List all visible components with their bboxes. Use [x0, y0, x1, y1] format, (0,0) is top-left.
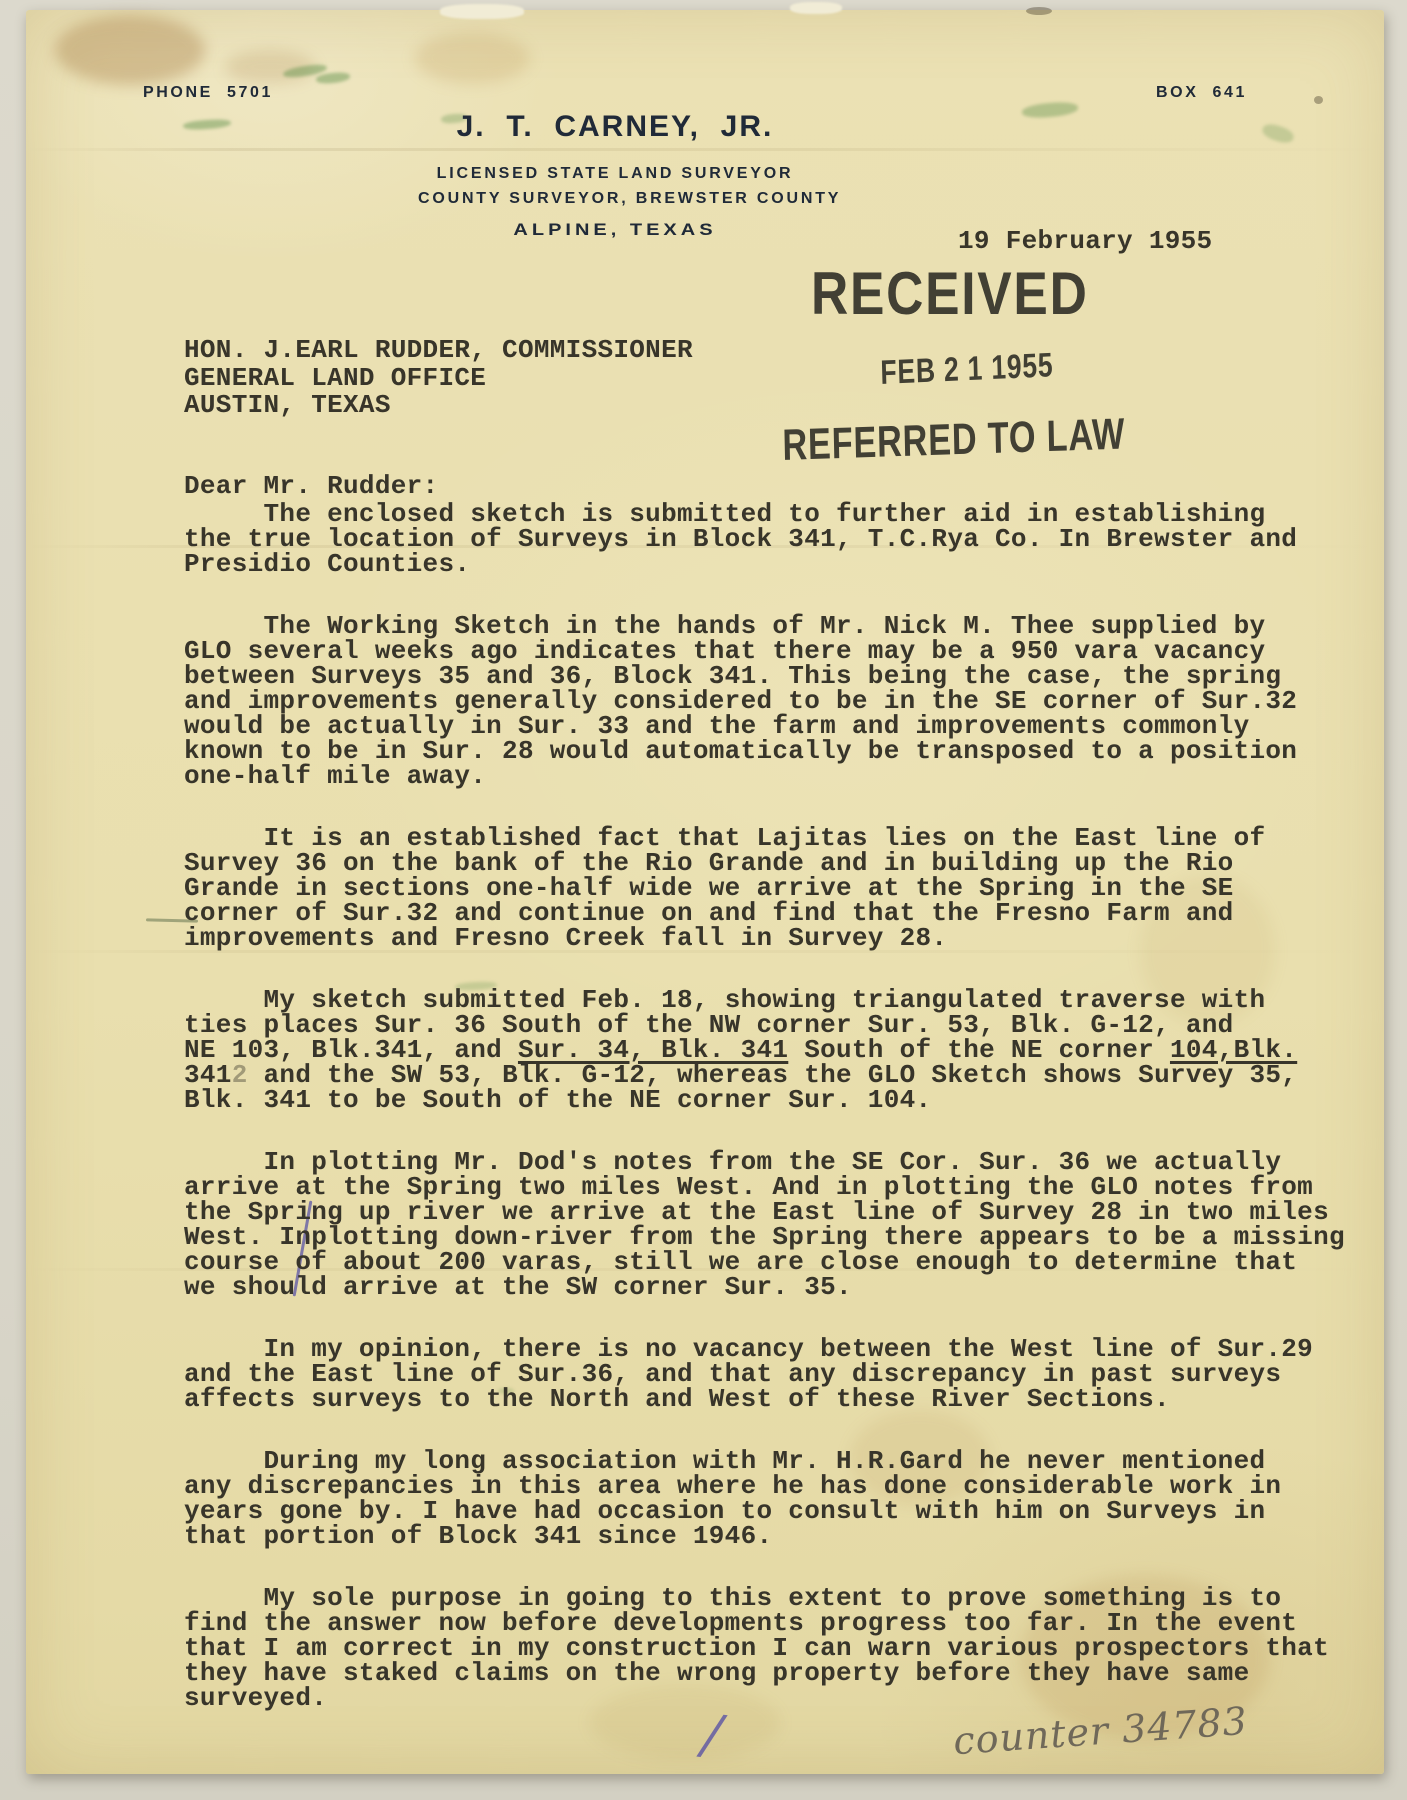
letterhead-city: ALPINE, TEXAS	[418, 221, 812, 240]
typed-text: and the SW 53, Blk. G-12, whereas the GL…	[184, 1060, 1297, 1115]
scanned-letter-page: PHONE 5701 BOX 641 J. T. CARNEY, JR. LIC…	[0, 0, 1407, 1800]
typed-text: It is an established fact that Lajitas l…	[184, 823, 1265, 953]
typed-text: My sole purpose in going to this extent …	[184, 1583, 1329, 1713]
referred-to-law-stamp: REFERRED TO LAW	[782, 412, 1126, 467]
letterhead-name: J. T. CARNEY, JR.	[418, 110, 812, 144]
typed-text: During my long association with Mr. H.R.…	[184, 1446, 1281, 1551]
paragraph: The Working Sketch in the hands of Mr. N…	[184, 614, 1359, 789]
paragraph: In plotting Mr. Dod's notes from the SE …	[184, 1150, 1359, 1300]
paragraph: The enclosed sketch is submitted to furt…	[184, 502, 1359, 577]
typed-text: In plotting Mr. Dod's notes from the SE …	[184, 1147, 1345, 1302]
paragraph: During my long association with Mr. H.R.…	[184, 1449, 1359, 1549]
received-stamp: RECEIVED	[811, 264, 1089, 324]
paragraph: My sole purpose in going to this extent …	[184, 1586, 1359, 1711]
letterhead-title-line1: LICENSED STATE LAND SURVEYOR	[418, 165, 812, 183]
letterhead: J. T. CARNEY, JR. LICENSED STATE LAND SU…	[418, 110, 812, 244]
letter-body: The enclosed sketch is submitted to furt…	[184, 502, 1359, 1748]
paragraph: My sketch submitted Feb. 18, showing tri…	[184, 988, 1359, 1113]
letterhead-title-line2: COUNTY SURVEYOR, BREWSTER COUNTY	[418, 190, 812, 208]
typed-text: 2	[232, 1060, 248, 1090]
paragraph: It is an established fact that Lajitas l…	[184, 826, 1359, 951]
typed-date: 19 February 1955	[958, 226, 1212, 256]
letterhead-phone: PHONE 5701	[143, 84, 273, 102]
typed-text: The Working Sketch in the hands of Mr. N…	[184, 611, 1297, 791]
recipient-address: HON. J.EARL RUDDER, COMMISSIONER GENERAL…	[184, 337, 693, 420]
typed-text: In my opinion, there is no vacancy betwe…	[184, 1334, 1313, 1414]
paragraph: In my opinion, there is no vacancy betwe…	[184, 1337, 1359, 1412]
typed-text: The enclosed sketch is submitted to furt…	[184, 499, 1297, 579]
letterhead-box: BOX 641	[1156, 84, 1247, 102]
salutation: Dear Mr. Rudder:	[184, 471, 438, 501]
received-date-stamp: FEB 2 1 1955	[880, 348, 1054, 390]
